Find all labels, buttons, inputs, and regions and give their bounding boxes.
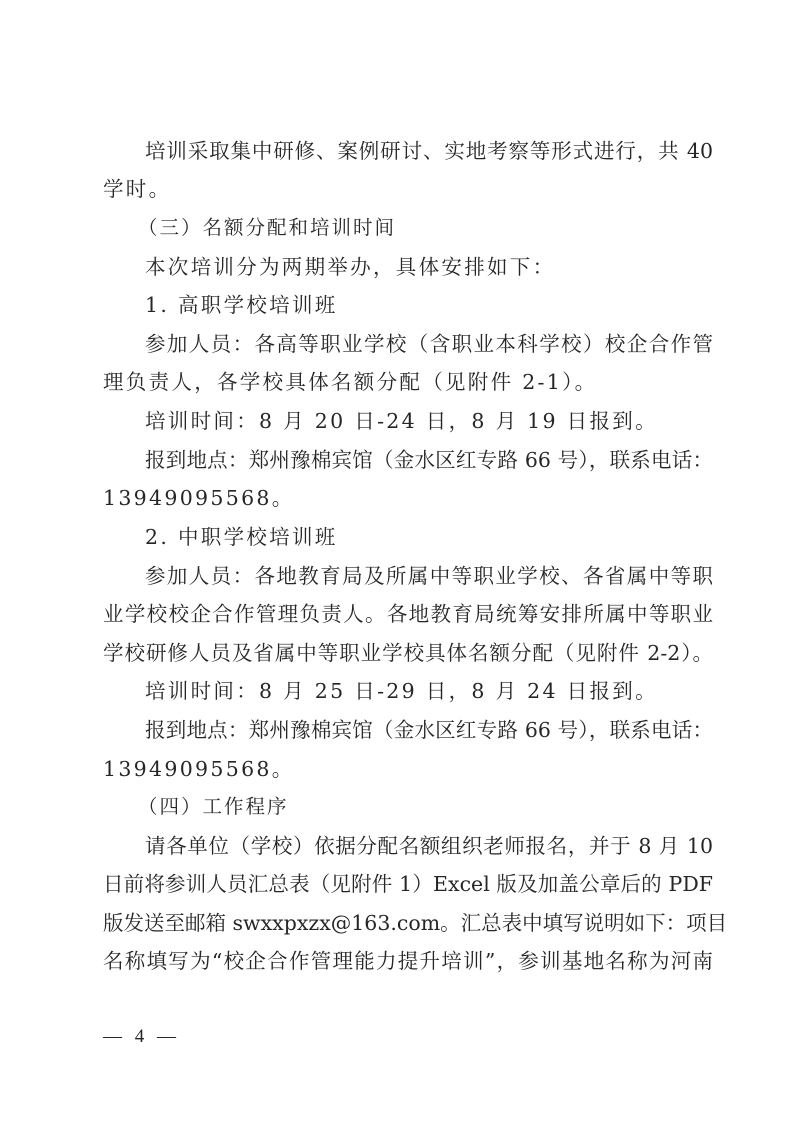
paragraph-line: 日前将参训人员汇总表（见附件 1）Excel 版及加盖公章后的 PDF [103, 869, 713, 899]
paragraph-line: 本次培训分为两期举办，具体安排如下： [145, 252, 713, 282]
page-number: — 4 — [103, 1024, 180, 1050]
paragraph-line: 名称填写为“校企合作管理能力提升培训”，参训基地名称为河南 [103, 946, 713, 976]
paragraph-line: 版发送至邮箱 swxxpxzx@163.com。汇总表中填写说明如下：项目 [103, 908, 713, 938]
subsection-heading: 1. 高职学校培训班 [145, 290, 713, 320]
phone-number: 13949095568。 [103, 483, 713, 513]
paragraph-line: 业学校校企合作管理负责人。各地教育局统筹安排所属中等职业 [103, 599, 713, 629]
paragraph-line: 培训时间：8 月 25 日-29 日，8 月 24 日报到。 [145, 676, 713, 706]
paragraph-line: 培训采取集中研修、案例研讨、实地考察等形式进行，共 40 [145, 136, 713, 166]
paragraph-line: 参加人员：各地教育局及所属中等职业学校、各省属中等职 [145, 561, 713, 591]
paragraph-line: 理负责人，各学校具体名额分配（见附件 2-1）。 [103, 367, 713, 397]
phone-number: 13949095568。 [103, 754, 713, 784]
subsection-heading: 2. 中职学校培训班 [145, 522, 713, 552]
document-page: 培训采取集中研修、案例研讨、实地考察等形式进行，共 40 学时。 （三）名额分配… [0, 0, 800, 1131]
paragraph-line: 学校研修人员及省属中等职业学校具体名额分配（见附件 2-2）。 [103, 638, 713, 668]
paragraph-line: 报到地点：郑州豫棉宾馆（金水区红专路 66 号），联系电话： [145, 715, 713, 745]
section-heading: （三）名额分配和培训时间 [138, 213, 748, 243]
paragraph-line: 培训时间：8 月 20 日-24 日，8 月 19 日报到。 [145, 406, 713, 436]
paragraph-line: 学时。 [103, 174, 713, 204]
section-heading: （四）工作程序 [138, 792, 748, 822]
paragraph-line: 请各单位（学校）依据分配名额组织老师报名，并于 8 月 10 [145, 831, 713, 861]
paragraph-line: 参加人员：各高等职业学校（含职业本科学校）校企合作管 [145, 329, 713, 359]
paragraph-line: 报到地点：郑州豫棉宾馆（金水区红专路 66 号），联系电话： [145, 445, 713, 475]
